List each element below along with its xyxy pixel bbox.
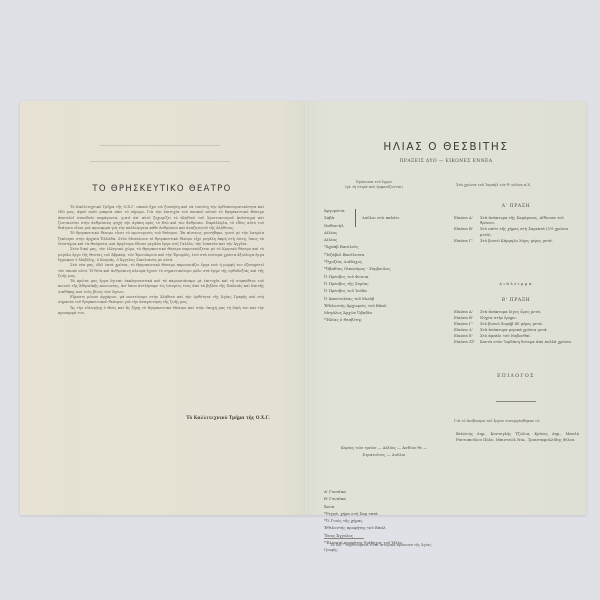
act-one-scenes: Εἰκόνα Α' Στὰ ἀνάκτορα τῆς Σαμάρειας. Αἴ… — [454, 215, 579, 244]
scene-text: Στὸ βουνὸ Κάρμηλο λίγες μέρες μετά. — [480, 238, 579, 243]
cast-item: Ὁ Ἀποστολέας τοῦ Μωὰβ — [324, 295, 444, 302]
chorus-line: Στρατιῶτες — Δοῦλοι — [324, 451, 444, 458]
cast-item: *Ὀχοζίας Διάδοχος — [324, 258, 444, 265]
act-one-heading: Α' ΠΡΑΞΗ — [446, 204, 586, 209]
cast-heading-line: (μὲ τὴ σειρὰ ποὺ ἐμφανίζονται) — [334, 185, 414, 190]
body-paragraph: Ἂς τὴν εὐλογήσῃ ὁ Θεὸς καὶ ἂς ζήσῃ τὸ Θρ… — [58, 306, 264, 317]
cast-heading: Πρόσωπα τοῦ ἔργου (μὲ τὴ σειρὰ ποὺ ἐμφαν… — [334, 180, 414, 190]
scene-row: Εἰκόνα Ε' Στὸ ἀμπέλι τοῦ Ναβουθαί. — [454, 333, 579, 338]
scene-row: Εἰκόνα Γ' Στὸ βουνὸ Κάρμηλο λίγες μέρες … — [454, 238, 579, 243]
cast-item: Αἰλίας — [324, 236, 444, 243]
act-two-scenes: Εἰκόνα Α' Στὰ ἀνάκτορα λίγες ὧρες μετά. … — [454, 309, 579, 345]
scene-row: Εἰκόνα Β' Νύχτα στὴν ἔρημο. — [454, 315, 579, 320]
faint-rule — [90, 161, 230, 162]
scene-text: Κοντὰ στὸν Ἰορδάνη ὕστερα ἀπὸ πολλὰ χρόν… — [480, 339, 579, 344]
cast-item: Ἀργυρένια — [324, 207, 444, 214]
bracket — [355, 209, 356, 227]
time-setting: Στὰ χρόνια τοῦ Ἰσραὴλ τὸν θ' αἰῶνα π.Χ. — [456, 183, 576, 188]
program-sheet: ΤΟ ΘΡΗΣΚΕΥΤΙΚΟ ΘΕΑΤΡΟ Τὸ Καλλιτεχνικὸ Τμ… — [20, 101, 586, 515]
cast-item: *Ἀχαὰβ Βασιλεὺς — [324, 243, 444, 250]
scene-label: Εἰκόνα Γ' — [454, 238, 480, 243]
cast-item: Αἰλίας — [324, 229, 444, 236]
cast-item: Ὁ Πρέσβυς τοῦ Φοινικ — [324, 273, 444, 280]
scene-text: Στὰ ἀνάκτορα τῆς Σαμάρειας. Αἴθουσα τοῦ … — [480, 215, 579, 226]
epilogue-heading: ΕΠΙΛΟΓΟΣ — [446, 374, 586, 379]
scene-row: Εἰκόνα Α' Στὰ ἀνάκτορα λίγες ὧρες μετά. — [454, 309, 579, 314]
scene-label: Εἰκόνα Α' — [454, 215, 480, 226]
collaborators-intro: Γιὰ τὸ ἀνέβασμα τοῦ ἔργου συνεργάσθηκαν … — [454, 419, 579, 423]
scene-label: Εἰκόνα Β' — [454, 226, 480, 237]
faint-rule — [100, 145, 220, 146]
cast-item: Ἐθελοντὴς Ἀρχιερεὺς τοῦ Βάαλ — [324, 302, 444, 309]
cast-item: Ὁ Πρέσβυς τῆς Συρίας — [324, 280, 444, 287]
scene-text: Στὰ ἀνάκτορα λίγες ὧρες μετά. — [480, 309, 579, 314]
cast-item: Ναθανιὴλ — [324, 222, 444, 229]
chorus-list: Κυρίες τῶν τρεῶν — Αἰλίας — Ἀσδίου θε — … — [324, 444, 444, 458]
slaves-label: Δοῦλοι στὸ παλάτι — [362, 215, 399, 220]
play-subtitle: ΠΡΑΞΕΙΣ ΔΥΟ — ΕΙΚΟΝΕΣ ΕΝΝΕΑ — [306, 159, 586, 164]
scene-row: Εἰκόνα Δ' Στὰ ἀνάκτορα μερικὰ χρόνια μετ… — [454, 327, 579, 332]
footnote-rule — [324, 538, 364, 539]
chorus-line: Κυρίες τῶν τρεῶν — Αἰλίας — Ἀσδίου θε — — [324, 444, 444, 451]
scene-label: Εἰκόνα Α' — [454, 309, 480, 314]
signature: Τὸ Καλλιτεχνικὸ Τμῆμα τῆς Ο.Χ.Γ. — [120, 415, 270, 420]
body-paragraph: Στὸν δικό μας, τὸν ἑλληνικὸ χῶρο, τὸ Θρη… — [58, 247, 264, 263]
scene-label: Εἰκόνα Β' — [454, 315, 480, 320]
play-title: ΗΛΙΑΣ Ο ΘΕΣΒΙΤΗΣ — [306, 141, 586, 153]
scene-text: Νύχτα στὴν ἔρημο. — [480, 315, 579, 320]
cast-item: *Ἠλίας ὁ Θεσβίτης — [324, 316, 444, 323]
cast-item: Β' Γυναῖκα — [324, 495, 454, 502]
right-page: ΗΛΙΑΣ Ο ΘΕΣΒΙΤΗΣ ΠΡΑΞΕΙΣ ΔΥΟ — ΕΙΚΟΝΕΣ Ε… — [306, 101, 586, 515]
body-paragraph: Τὸ θρησκευτικὸ θέατρο εἶναι τὸ πρωτογενὲ… — [58, 231, 264, 247]
cast-item: Ἐθελοντὴς προφήτης τοῦ Βάαλ — [324, 524, 454, 531]
cast-item: *Ὀβαδίας Οἰκονόμος - Σύμβουλος — [324, 265, 444, 272]
footnote: Τὰ διὰ * σημειούμενα εἶναι ἱστορικὰ πρόσ… — [324, 543, 439, 553]
scene-text: Στὸ σπίτι τῆς χήρας στὴ Σαρεπτὰ (2½ χρόν… — [480, 226, 579, 237]
cast-item: *Ἰεζάβελ Βασίλισσα — [324, 251, 444, 258]
scene-label: Εἰκόνα Ε' — [454, 333, 480, 338]
body-paragraph: Τὸ Καλλιτεχνικὸ Τμῆμα τῆς Ο.Χ.Γ. σκοπὸ ἔ… — [58, 205, 264, 231]
cast-item: Α' Γυναῖκα — [324, 488, 454, 495]
scene-label: Εἰκόνα Γ' — [454, 321, 480, 326]
collaborators-list: Βελώνης Δημ., Κοντογλής Τζώλια, Κρίνας Δ… — [456, 431, 579, 442]
scene-text: Στὸ ἀμπέλι τοῦ Ναβουθαί. — [480, 333, 579, 338]
left-page-body: Τὸ Καλλιτεχνικὸ Τμῆμα τῆς Ο.Χ.Γ. σκοπὸ ἔ… — [58, 205, 264, 316]
body-paragraph: Στὰ νέα μας, ἐδῶ ἑπτὰ χρόνια, τὸ Θρησκευ… — [58, 263, 264, 279]
scene-label: Εἰκόνα ΣΤ' — [454, 339, 480, 344]
cast-item: *Ὁ Γυιὸς τῆς χήρας — [324, 517, 454, 524]
scene-label: Εἰκόνα Δ' — [454, 327, 480, 332]
scene-row: Εἰκόνα Α' Στὰ ἀνάκτορα τῆς Σαμάρειας. Αἴ… — [454, 215, 579, 226]
cast-item: *Ρεγγὰ, χήρα στὴ Σαρ επτὰ — [324, 510, 454, 517]
scene-row: Εἰκόνα Γ' Στὸ βουνὸ Χωρὴβ 40 μέρες μετά. — [454, 321, 579, 326]
cast-item: Ἄννα — [324, 503, 454, 510]
intermission: Διάλειμμα — [446, 281, 586, 286]
scene-text: Στὰ ἀνάκτορα μερικὰ χρόνια μετά. — [480, 327, 579, 332]
cast-item: Ὁ Πρέσβυς τοῦ Ἰούδα — [324, 287, 444, 294]
scene-row: Εἰκόνα ΣΤ' Κοντὰ στὸν Ἰορδάνη ὕστερα ἀπὸ… — [454, 339, 579, 344]
left-page: ΤΟ ΘΡΗΣΚΕΥΤΙΚΟ ΘΕΑΤΡΟ Τὸ Καλλιτεχνικὸ Τμ… — [20, 101, 304, 515]
cast-item: Μεγάλος Ἀρχὼν Ὀβαδία — [324, 309, 444, 316]
scene-row: Εἰκόνα Β' Στὸ σπίτι τῆς χήρας στὴ Σαρεπτ… — [454, 226, 579, 237]
act-two-heading: Β' ΠΡΑΞΗ — [446, 298, 586, 303]
body-paragraph: Τὰ πρῶτα μας ἔργα ἔγιναν ἐκκλησιαστικὰ κ… — [58, 279, 264, 295]
divider — [496, 401, 536, 402]
body-paragraph: Εἴμαστε μόνον ἀρχάριοι, μὰ πιστεύουμε στ… — [58, 295, 264, 306]
left-page-title: ΤΟ ΘΡΗΣΚΕΥΤΙΚΟ ΘΕΑΤΡΟ — [20, 184, 304, 194]
cast-list: Ἀργυρένια Σαβὰ Ναθανιὴλ Αἰλίας Αἰλίας *Ἀ… — [324, 207, 444, 324]
scene-text: Στὸ βουνὸ Χωρὴβ 40 μέρες μετά. — [480, 321, 579, 326]
